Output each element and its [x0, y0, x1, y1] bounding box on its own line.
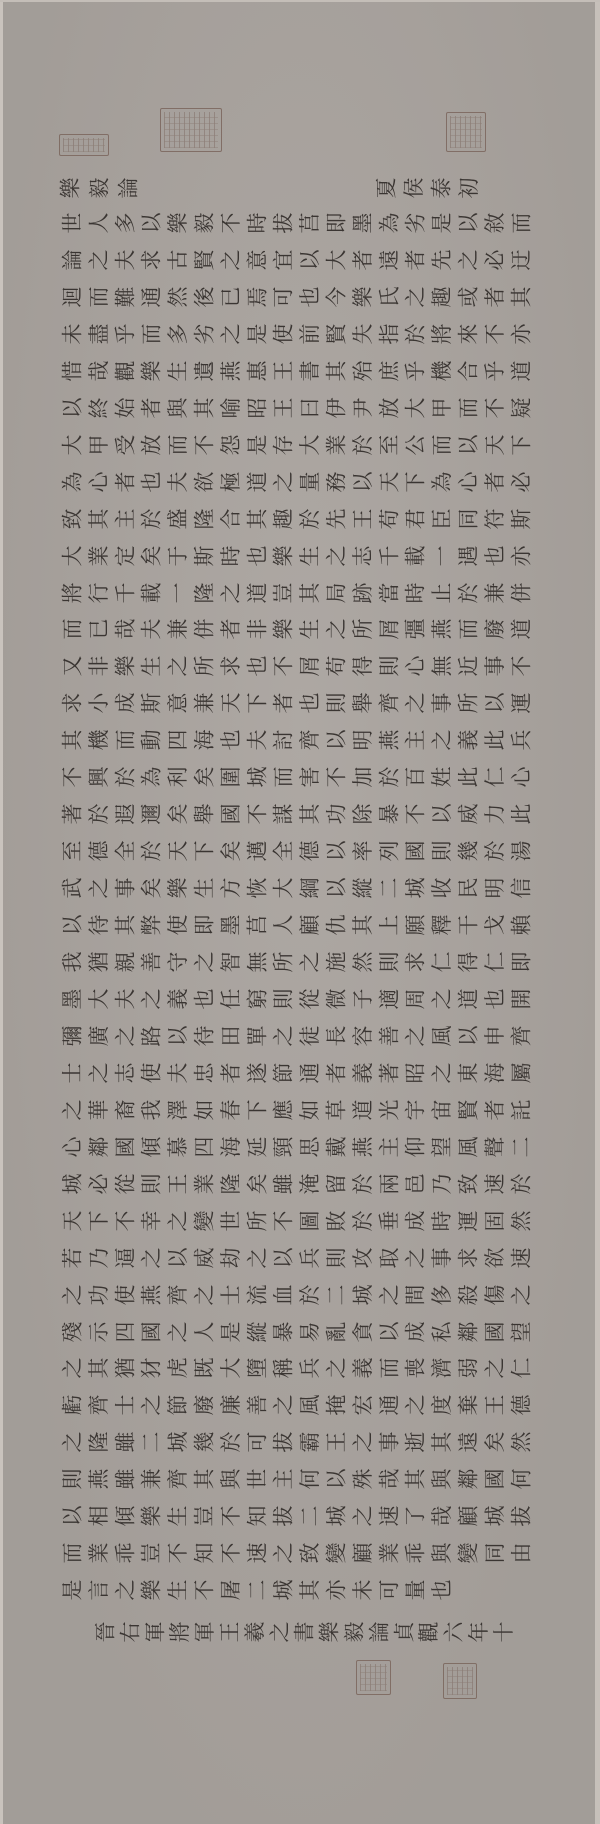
paper-edge-left [0, 0, 3, 1824]
text-row: 其機而動四海也夫討齊以明燕主之義此兵 [61, 727, 541, 755]
text-row-content: 世人多以樂毅不時拔莒即墨為劣是以敘而 [61, 210, 541, 238]
paper-edge-right [595, 0, 600, 1824]
seal-stamp-bottom-right [443, 1663, 477, 1699]
text-row-content: 之華裔我澤如春下應如草道光宇宙賢者託 [61, 1097, 541, 1125]
text-row: 而已哉夫兼併者非樂生之所屑彊燕而廢道 [61, 616, 541, 644]
text-row-content: 城必從則王業隆矣雖淹留於兩邑乃致速於 [61, 1171, 541, 1199]
text-row: 士之志使夫忠者遂節通者義著昭之東海屬 [61, 1060, 541, 1088]
colophon-text: 晉右軍將軍王羲之書樂毅論貞觀六年十 [94, 1619, 544, 1647]
text-row-content: 而已哉夫兼併者非樂生之所屑彊燕而廢道 [61, 616, 541, 644]
text-row: 武之事矣樂生方恢大綱以縱二城收民明信 [61, 875, 541, 903]
author-line: 夏侯泰初 [375, 175, 485, 203]
text-row: 不興於為利矣圍城而害不加於百姓此仁心 [61, 764, 541, 792]
seal-stamp-top-left-large [160, 108, 222, 152]
seal-script-icon [360, 1664, 387, 1691]
text-row: 天下不幸之變世所不圖敗於垂成時運固然 [61, 1208, 541, 1236]
seal-stamp-top-right [446, 112, 486, 152]
text-row: 為心者也夫欲極道之量務以天下為心者必 [61, 469, 541, 497]
text-row: 而業乖豈不知不速之致變顧業乖與變同由 [61, 1540, 541, 1568]
text-row-content: 之功使燕齊之士流血於二城之間侈殺傷之 [61, 1282, 541, 1310]
text-row: 虧齊士之節廢廉善之風掩宏通之度棄王德 [61, 1392, 541, 1420]
text-row-content: 以待其弊使即墨莒人顧仇其上願釋干戈賴 [61, 912, 541, 940]
text-row: 之華裔我澤如春下應如草道光宇宙賢者託 [61, 1097, 541, 1125]
text-row-content: 墨大夫之義也任窮則從微子適周之道也開 [61, 986, 541, 1014]
text-row-content: 至德全於天下矣邁全德以率列國則幾於湯 [61, 838, 541, 866]
text-row: 迴而難通然後已焉可也今樂氏之趣或者其 [61, 284, 541, 312]
text-row: 殘示四國之人是縱暴易亂貪以成私鄰國望 [61, 1319, 541, 1347]
text-row-content: 以相傾樂生豈不知拔二城之速了哉顧城拔 [61, 1503, 541, 1531]
text-row: 世人多以樂毅不時拔莒即墨為劣是以敘而 [61, 210, 541, 238]
title-line: 樂毅論 [59, 175, 149, 203]
text-row-content: 殘示四國之人是縱暴易亂貪以成私鄰國望 [61, 1319, 541, 1347]
text-row: 之其猶犲虎既大墮稱兵之義而喪濟弱之仁 [61, 1355, 541, 1383]
text-row: 將行千載一隆之道豈其局跡當時止於兼併 [61, 580, 541, 608]
text-row: 大甲受放而不怨是存大業於至公而以天下 [61, 432, 541, 460]
calligraphy-scroll: 樂毅論 夏侯泰初 世人多以樂毅不時拔莒即墨為劣是以敘而 論之夫求古賢之意宜以大者… [0, 0, 600, 1824]
text-row-content: 致其主於盛隆合其趣於先王苟君臣同符斯 [61, 506, 541, 534]
text-row: 論之夫求古賢之意宜以大者遠者先之必迂 [61, 247, 541, 275]
text-row-content: 之隆雖二城幾於可拔霸王之事逝其遠矣然 [61, 1429, 541, 1457]
text-row-content: 為心者也夫欲極道之量務以天下為心者必 [61, 469, 541, 497]
text-row: 是言之樂生不屠二城其亦未可量也 [61, 1577, 541, 1605]
text-row-content: 若乃逼之以威劫之以兵則攻取之事求欲速 [61, 1245, 541, 1273]
text-row: 之功使燕齊之士流血於二城之間侈殺傷之 [61, 1282, 541, 1310]
seal-stamp-top-left-small [59, 134, 109, 156]
text-row-content: 虧齊士之節廢廉善之風掩宏通之度棄王德 [61, 1392, 541, 1420]
text-row-content: 其機而動四海也夫討齊以明燕主之義此兵 [61, 727, 541, 755]
text-row-content: 彌廣之路以待田單之徒長容善之風以申齊 [61, 1023, 541, 1051]
text-row-content: 未盡乎而多劣之是使前賢失指於將來不亦 [61, 321, 541, 349]
seal-stamp-bottom-left [356, 1660, 391, 1695]
text-row-content: 武之事矣樂生方恢大綱以縱二城收民明信 [61, 875, 541, 903]
text-row: 以相傾樂生豈不知拔二城之速了哉顧城拔 [61, 1503, 541, 1531]
text-row: 至德全於天下矣邁全德以率列國則幾於湯 [61, 838, 541, 866]
work-title: 樂毅論 [59, 175, 149, 203]
text-row: 大業定矣于斯時也樂生之志千載一遇也亦 [61, 543, 541, 571]
text-row-content: 士之志使夫忠者遂節通者義著昭之東海屬 [61, 1060, 541, 1088]
paper-edge-top [0, 0, 600, 2]
seal-script-icon [164, 112, 218, 148]
text-row-content: 將行千載一隆之道豈其局跡當時止於兼併 [61, 580, 541, 608]
text-row-content: 求小成斯意兼天下者也則舉齊之事所以運 [61, 690, 541, 718]
text-row-content: 大業定矣于斯時也樂生之志千載一遇也亦 [61, 543, 541, 571]
text-row: 若乃逼之以威劫之以兵則攻取之事求欲速 [61, 1245, 541, 1273]
text-row-content: 又非樂生之所求也不屑苟得則心無近事不 [61, 653, 541, 681]
text-row: 著於遐邇矣舉國不謀其功除暴不以威力此 [61, 801, 541, 829]
text-row-content: 迴而難通然後已焉可也今樂氏之趣或者其 [61, 284, 541, 312]
text-row-content: 論之夫求古賢之意宜以大者遠者先之必迂 [61, 247, 541, 275]
text-row: 彌廣之路以待田單之徒長容善之風以申齊 [61, 1023, 541, 1051]
author-name: 夏侯泰初 [375, 175, 485, 203]
text-row-content: 則燕雖兼齊其與世主何以殊哉其與鄰國何 [61, 1466, 541, 1494]
text-row: 求小成斯意兼天下者也則舉齊之事所以運 [61, 690, 541, 718]
text-row: 我猶親善守之智無所之施然則求仁得仁即 [61, 949, 541, 977]
seal-script-icon [447, 1667, 473, 1695]
text-row-content: 大甲受放而不怨是存大業於至公而以天下 [61, 432, 541, 460]
colophon-line: 晉右軍將軍王羲之書樂毅論貞觀六年十 [94, 1619, 544, 1647]
seal-script-icon [63, 138, 105, 152]
text-row: 未盡乎而多劣之是使前賢失指於將來不亦 [61, 321, 541, 349]
seal-script-icon [450, 116, 482, 148]
text-row-content: 心鄰國傾慕四海延頸思戴燕主仰望風聲二 [61, 1134, 541, 1162]
text-row: 墨大夫之義也任窮則從微子適周之道也開 [61, 986, 541, 1014]
text-row: 又非樂生之所求也不屑苟得則心無近事不 [61, 653, 541, 681]
text-row: 以終始者與其喻昭王曰伊尹放大甲而不疑 [61, 395, 541, 423]
text-row: 惜哉觀樂生遺燕惠王書其殆庶乎機合乎道 [61, 358, 541, 386]
text-row-content: 我猶親善守之智無所之施然則求仁得仁即 [61, 949, 541, 977]
text-row-content: 著於遐邇矣舉國不謀其功除暴不以威力此 [61, 801, 541, 829]
text-row-content: 是言之樂生不屠二城其亦未可量也 [61, 1577, 541, 1605]
text-row-content: 而業乖豈不知不速之致變顧業乖與變同由 [61, 1540, 541, 1568]
text-row: 則燕雖兼齊其與世主何以殊哉其與鄰國何 [61, 1466, 541, 1494]
text-row: 以待其弊使即墨莒人顧仇其上願釋干戈賴 [61, 912, 541, 940]
text-row-content: 之其猶犲虎既大墮稱兵之義而喪濟弱之仁 [61, 1355, 541, 1383]
text-row-content: 不興於為利矣圍城而害不加於百姓此仁心 [61, 764, 541, 792]
text-row: 心鄰國傾慕四海延頸思戴燕主仰望風聲二 [61, 1134, 541, 1162]
text-row: 城必從則王業隆矣雖淹留於兩邑乃致速於 [61, 1171, 541, 1199]
text-row: 之隆雖二城幾於可拔霸王之事逝其遠矣然 [61, 1429, 541, 1457]
text-row-content: 天下不幸之變世所不圖敗於垂成時運固然 [61, 1208, 541, 1236]
text-row-content: 惜哉觀樂生遺燕惠王書其殆庶乎機合乎道 [61, 358, 541, 386]
text-row: 致其主於盛隆合其趣於先王苟君臣同符斯 [61, 506, 541, 534]
text-row-content: 以終始者與其喻昭王曰伊尹放大甲而不疑 [61, 395, 541, 423]
